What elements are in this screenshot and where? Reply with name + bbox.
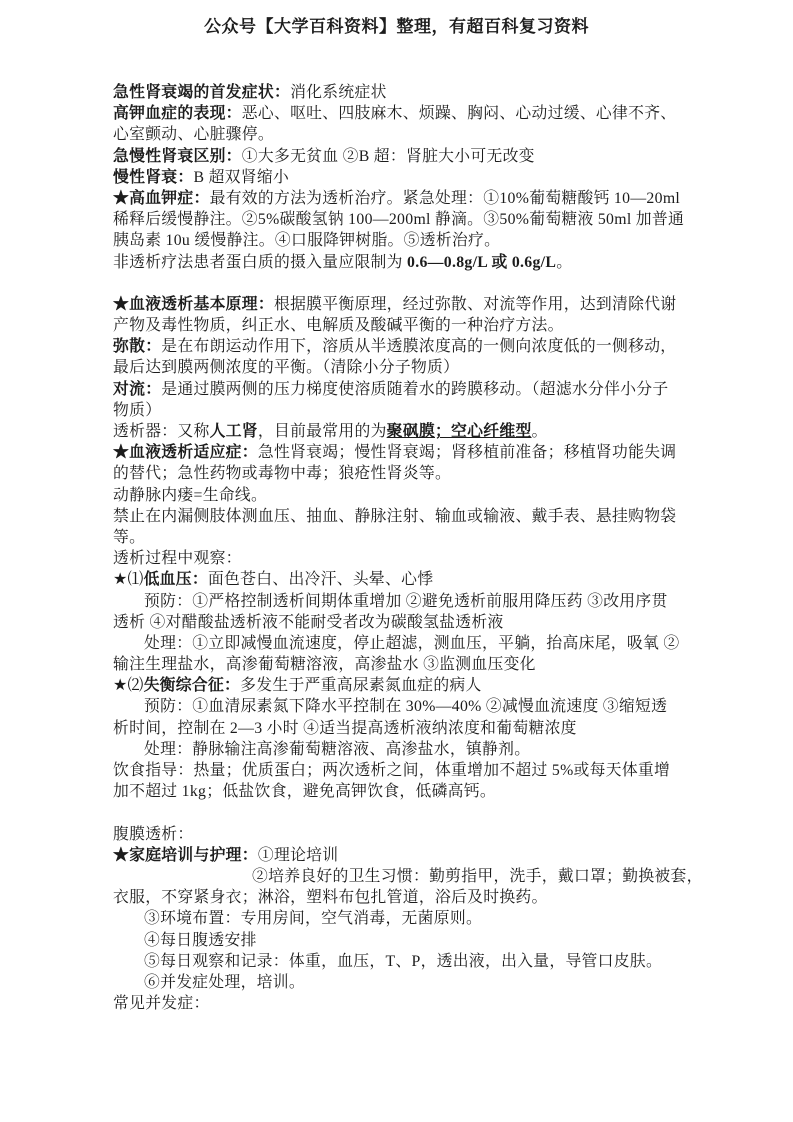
text-run: 多发生于严重高尿素氮血症的病人 (240, 677, 481, 694)
text-run: 恶心、呕吐、四肢麻木、烦躁、胸闷、心动过缓、心律不齐、 (242, 105, 677, 122)
text-line: ★高血钾症：最有效的方法为透析治疗。紧急处理：①10%葡萄糖酸钙 10—20ml (113, 188, 691, 209)
text-line: 动静脉内瘘=生命线。 (113, 485, 691, 506)
text-run: 失衡综合征： (144, 677, 241, 694)
text-line: 最后达到膜两侧浓度的平衡。（清除小分子物质） (113, 357, 691, 378)
text-run: ⑥并发症处理，培训。 (144, 974, 305, 991)
text-run: 处理：①立即减慢血流速度，停止超滤，测血压，平躺，抬高床尾，吸氧 ② (144, 635, 679, 652)
text-run: 是通过膜两侧的压力梯度使溶质随着水的跨膜移动。（超滤水分伴小分子 (161, 381, 668, 398)
text-run: 。 (532, 423, 548, 440)
text-run: 输注生理盐水，高渗葡萄糖溶液，高渗盐水 ③监测血压变化 (113, 656, 536, 673)
text-run: 低血压： (144, 571, 208, 588)
text-line: 透析 ④对醋酸盐透析液不能耐受者改为碳酸氢盐透析液 (113, 612, 691, 633)
text-line: 析时间，控制在 2—3 小时 ④适当提高透析液纳浓度和葡萄糖浓度 (113, 718, 691, 739)
text-run: ★家庭培训与护理： (113, 847, 258, 864)
text-line: ⑤每日观察和记录：体重，血压，T、P，透出液，出入量，导管口皮肤。 (113, 951, 691, 972)
text-line: ★⑵失衡综合征：多发生于严重高尿素氮血症的病人 (113, 675, 691, 696)
text-run: 高钾血症的表现： (113, 105, 242, 122)
text-line: 腹膜透析： (113, 824, 691, 845)
text-line: 对流：是通过膜两侧的压力梯度使溶质随着水的跨膜移动。（超滤水分伴小分子 (113, 379, 691, 400)
text-run: 衣服，不穿紧身衣；淋浴，塑料布包扎管道，浴后及时换药。 (113, 889, 548, 906)
text-line: ★血液透析适应症：急性肾衰竭；慢性肾衰竭；肾移植前准备；移植肾功能失调 (113, 442, 691, 463)
text-line: 预防：①严格控制透析间期体重增加 ②避免透析前服用降压药 ③改用序贯 (113, 591, 691, 612)
text-run: ①理论培训 (258, 847, 339, 864)
text-run: ①大多无贫血 ②B 超：肾脏大小可无改变 (242, 148, 535, 165)
text-run: 产物及毒性物质，纠正水、电解质及酸碱平衡的一种治疗方法。 (113, 317, 564, 334)
text-line: 预防：①血清尿素氮下降水平控制在 30%—40% ②减慢血流速度 ③缩短透 (113, 696, 691, 717)
text-run: 常见并发症： (113, 995, 210, 1012)
text-line: ★家庭培训与护理：①理论培训 (113, 845, 691, 866)
text-run: 聚砜膜；空心纤维型 (387, 423, 532, 440)
text-run: 最后达到膜两侧浓度的平衡。（清除小分子物质） (113, 359, 459, 376)
text-run: 0.6—0.8g/L 或 0.6g/L (407, 254, 556, 271)
text-run: 心室颤动、心脏骤停。 (113, 126, 274, 143)
blank-line (113, 273, 691, 294)
text-line: 等。 (113, 527, 691, 548)
text-line: 禁止在内漏侧肢体测血压、抽血、静脉注射、输血或输液、戴手表、悬挂购物袋 (113, 506, 691, 527)
text-line: 弥散：是在布朗运动作用下，溶质从半透膜浓度高的一侧向浓度低的一侧移动， (113, 336, 691, 357)
text-line: 饮食指导：热量；优质蛋白；两次透析之间，体重增加不超过 5%或每天体重增 (113, 760, 691, 781)
text-run: B 超双肾缩小 (194, 169, 290, 186)
text-run: 消化系统症状 (290, 84, 387, 101)
text-line: 的替代；急性药物或毒物中毒；狼疮性肾炎等。 (113, 463, 691, 484)
text-run: ⑤每日观察和记录：体重，血压，T、P，透出液，出入量，导管口皮肤。 (144, 953, 662, 970)
text-run: 饮食指导：热量；优质蛋白；两次透析之间，体重增加不超过 5%或每天体重增 (113, 762, 670, 779)
text-run: 最有效的方法为透析治疗。紧急处理：①10%葡萄糖酸钙 10—20ml (210, 190, 681, 207)
text-run: ★高血钾症： (113, 190, 210, 207)
text-run: ★血液透析基本原理： (113, 296, 274, 313)
text-run: 禁止在内漏侧肢体测血压、抽血、静脉注射、输血或输液、戴手表、悬挂购物袋 (113, 508, 676, 525)
text-line: 处理：①立即减慢血流速度，停止超滤，测血压，平躺，抬高床尾，吸氧 ② (113, 633, 691, 654)
text-line: ③环境布置：专用房间，空气消毒，无菌原则。 (113, 908, 691, 929)
text-run: 慢性肾衰： (113, 169, 194, 186)
text-run: 处理：静脉输注高渗葡萄糖溶液、高渗盐水，镇静剂。 (144, 741, 530, 758)
text-run: 的替代；急性药物或毒物中毒；狼疮性肾炎等。 (113, 465, 451, 482)
page-header-title: 公众号【大学百科资料】整理，有超百科复习资料 (0, 12, 793, 37)
text-run: 物质） (113, 402, 161, 419)
text-run: ★⑴ (113, 571, 144, 588)
text-run: 透析 ④对醋酸盐透析液不能耐受者改为碳酸氢盐透析液 (113, 614, 504, 631)
text-run: 急慢性肾衰区别： (113, 148, 242, 165)
text-run: 等。 (113, 529, 145, 546)
text-line: 急慢性肾衰区别：①大多无贫血 ②B 超：肾脏大小可无改变 (113, 146, 691, 167)
text-line: ⑥并发症处理，培训。 (113, 972, 691, 993)
text-line: ★⑴低血压：面色苍白、出冷汗、头晕、心悸 (113, 569, 691, 590)
text-run: 非透析疗法患者蛋白质的摄入量应限制为 (113, 254, 407, 271)
text-run: 预防：①严格控制透析间期体重增加 ②避免透析前服用降压药 ③改用序贯 (144, 593, 668, 610)
text-run: 动静脉内瘘=生命线。 (113, 487, 267, 504)
text-run: 胰岛素 10u 缓慢静注。④口服降钾树脂。⑤透析治疗。 (113, 232, 500, 249)
text-run: 急性肾衰竭；慢性肾衰竭；肾移植前准备；移植肾功能失调 (258, 444, 677, 461)
text-line: 非透析疗法患者蛋白质的摄入量应限制为 0.6—0.8g/L 或 0.6g/L。 (113, 252, 691, 273)
text-run: 析时间，控制在 2—3 小时 ④适当提高透析液纳浓度和葡萄糖浓度 (113, 720, 577, 737)
text-run: 透析过程中观察： (113, 550, 242, 567)
text-run: 面色苍白、出冷汗、头晕、心悸 (208, 571, 433, 588)
text-line: 物质） (113, 400, 691, 421)
text-run: 急性肾衰竭的首发症状： (113, 84, 290, 101)
text-line: 常见并发症： (113, 993, 691, 1014)
text-run: ②培养良好的卫生习惯：勤剪指甲，洗手，戴口罩；勤换被套， (252, 868, 703, 885)
text-line: 衣服，不穿紧身衣；淋浴，塑料布包扎管道，浴后及时换药。 (113, 887, 691, 908)
text-line: 胰岛素 10u 缓慢静注。④口服降钾树脂。⑤透析治疗。 (113, 230, 691, 251)
text-run: 人工肾 (210, 423, 258, 440)
document-body: 急性肾衰竭的首发症状：消化系统症状高钾血症的表现：恶心、呕吐、四肢麻木、烦躁、胸… (113, 82, 691, 1014)
text-line: 处理：静脉输注高渗葡萄糖溶液、高渗盐水，镇静剂。 (113, 739, 691, 760)
text-run: ③环境布置：专用房间，空气消毒，无菌原则。 (144, 910, 482, 927)
text-line: 输注生理盐水，高渗葡萄糖溶液，高渗盐水 ③监测血压变化 (113, 654, 691, 675)
text-run: ④每日腹透安排 (144, 932, 257, 949)
text-line: 产物及毒性物质，纠正水、电解质及酸碱平衡的一种治疗方法。 (113, 315, 691, 336)
text-line: 稀释后缓慢静注。②5%碳酸氢钠 100—200ml 静滴。③50%葡萄糖液 50… (113, 209, 691, 230)
text-line: 加不超过 1kg；低盐饮食，避免高钾饮食，低磷高钙。 (113, 781, 691, 802)
text-run: 预防：①血清尿素氮下降水平控制在 30%—40% ②减慢血流速度 ③缩短透 (144, 698, 667, 715)
text-run: ，目前最常用的为 (258, 423, 387, 440)
text-run: 加不超过 1kg；低盐饮食，避免高钾饮食，低磷高钙。 (113, 783, 496, 800)
document-page: 公众号【大学百科资料】整理，有超百科复习资料 急性肾衰竭的首发症状：消化系统症状… (0, 0, 793, 1122)
text-run: 。 (556, 254, 572, 271)
text-run: 根据膜平衡原理，经过弥散、对流等作用，达到清除代谢 (274, 296, 676, 313)
text-run: 对流： (113, 381, 161, 398)
text-line: 急性肾衰竭的首发症状：消化系统症状 (113, 82, 691, 103)
text-run: 腹膜透析： (113, 826, 194, 843)
text-line: ②培养良好的卫生习惯：勤剪指甲，洗手，戴口罩；勤换被套， (113, 866, 691, 887)
text-run: ★血液透析适应症： (113, 444, 258, 461)
text-line: 心室颤动、心脏骤停。 (113, 124, 691, 145)
text-line: ④每日腹透安排 (113, 930, 691, 951)
text-run: 透析器：又称 (113, 423, 210, 440)
text-line: 高钾血症的表现：恶心、呕吐、四肢麻木、烦躁、胸闷、心动过缓、心律不齐、 (113, 103, 691, 124)
blank-line (113, 802, 691, 823)
text-line: 透析器：又称人工肾，目前最常用的为聚砜膜；空心纤维型。 (113, 421, 691, 442)
text-run: ★⑵ (113, 677, 144, 694)
text-run: 是在布朗运动作用下，溶质从半透膜浓度高的一侧向浓度低的一侧移动， (161, 338, 676, 355)
text-line: ★血液透析基本原理：根据膜平衡原理，经过弥散、对流等作用，达到清除代谢 (113, 294, 691, 315)
text-line: 透析过程中观察： (113, 548, 691, 569)
text-run: 弥散： (113, 338, 161, 355)
text-run: 稀释后缓慢静注。②5%碳酸氢钠 100—200ml 静滴。③50%葡萄糖液 50… (113, 211, 684, 228)
text-line: 慢性肾衰：B 超双肾缩小 (113, 167, 691, 188)
